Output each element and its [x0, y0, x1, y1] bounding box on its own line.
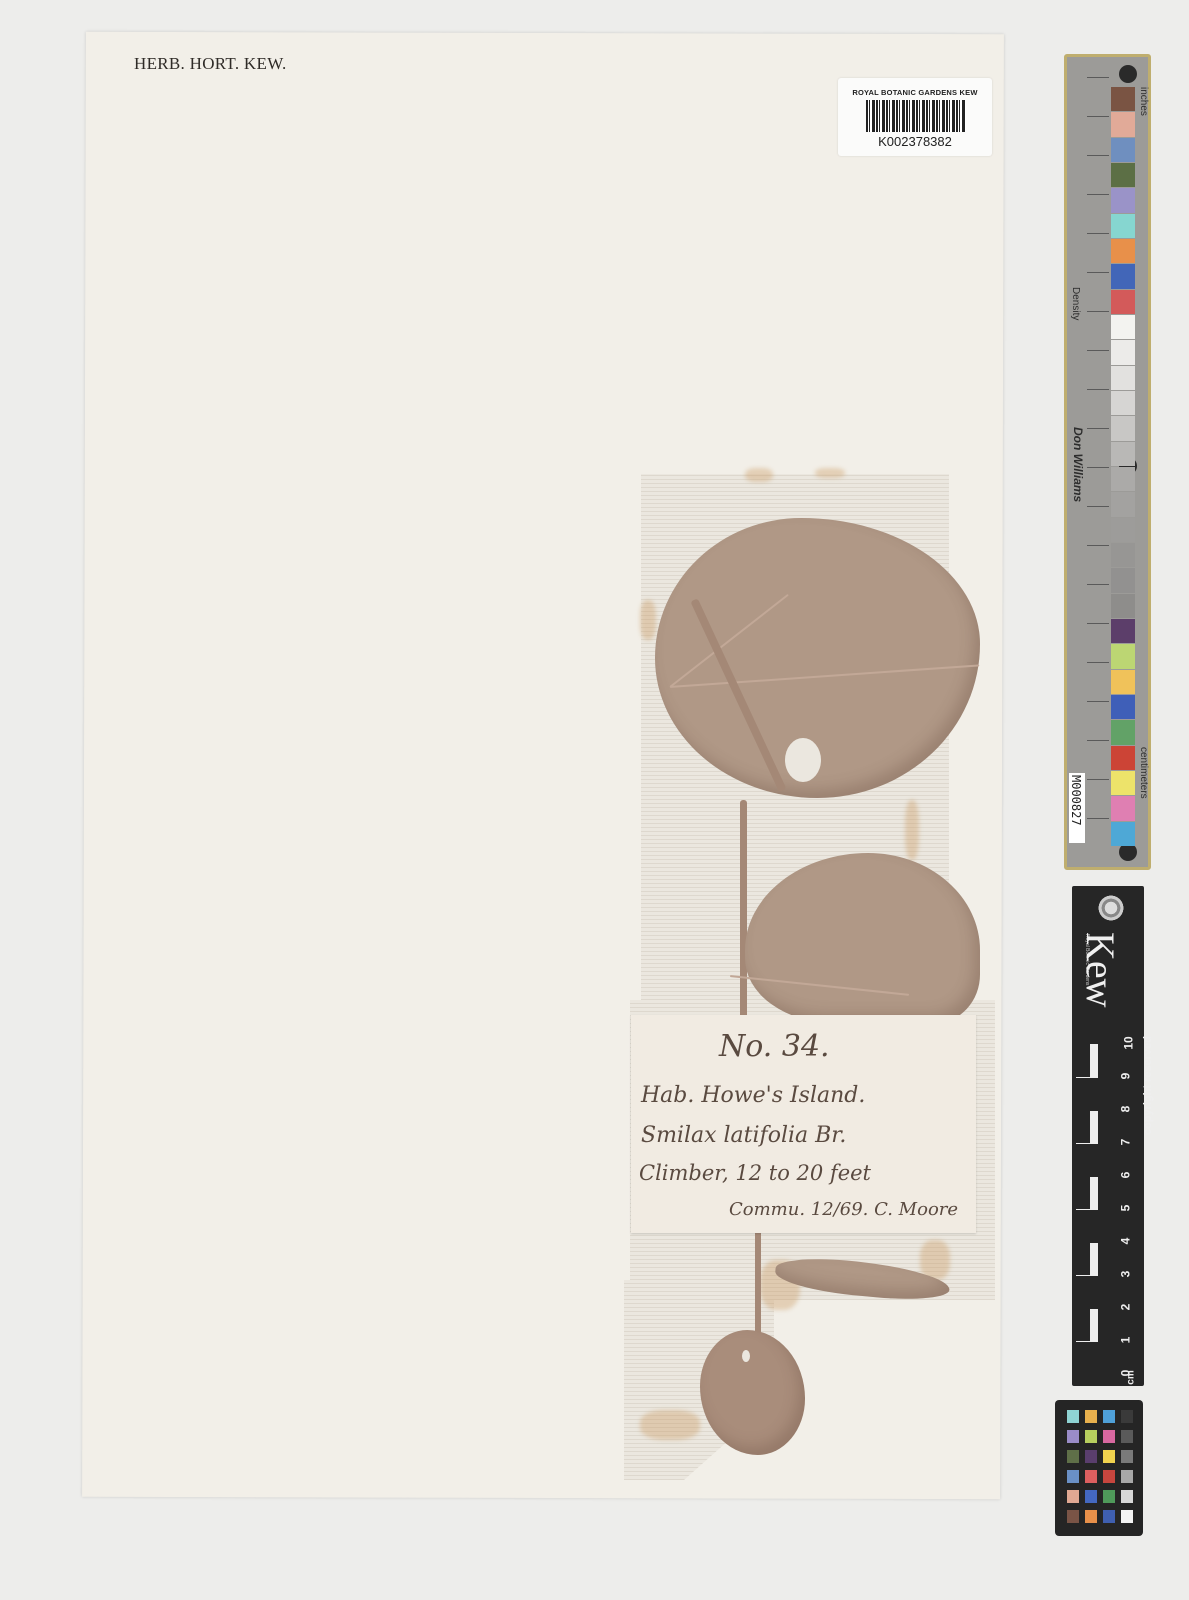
- color-patch: [1111, 644, 1135, 668]
- color-patch: [1111, 771, 1135, 795]
- color-patch: [1111, 543, 1135, 567]
- stem: [755, 1230, 761, 1340]
- barcode-number: K002378382: [838, 134, 992, 149]
- ruler-segment: [1076, 1143, 1098, 1177]
- density-grid: [1087, 77, 1109, 857]
- ruler-segment: [1090, 1110, 1098, 1144]
- color-patch: [1111, 214, 1135, 238]
- ruler-number: 5: [1118, 1205, 1132, 1212]
- color-patch: [1111, 619, 1135, 643]
- color-swatch: [1067, 1410, 1079, 1423]
- ruler-segment: [1076, 1275, 1098, 1309]
- ruler-number: 1: [1118, 1337, 1132, 1344]
- ruler-segment: [1090, 1242, 1098, 1276]
- color-swatch: [1067, 1430, 1079, 1443]
- label-number: No. 34.: [719, 1029, 830, 1064]
- color-patch: [1111, 315, 1135, 339]
- color-patch: [1111, 796, 1135, 820]
- color-swatch: [1121, 1510, 1133, 1523]
- color-swatch: [1067, 1510, 1079, 1523]
- color-patch: [1111, 467, 1135, 491]
- color-patch: [1111, 568, 1135, 592]
- color-patch: [1111, 290, 1135, 314]
- color-swatch: [1103, 1430, 1115, 1443]
- color-patch: [1111, 340, 1135, 364]
- color-swatch: [1103, 1410, 1115, 1423]
- color-swatch: [1085, 1450, 1097, 1463]
- ruler-number: 2: [1118, 1304, 1132, 1311]
- color-checker-card: [1055, 1400, 1143, 1536]
- kew-logo: Kew: [1077, 932, 1124, 1008]
- stem: [740, 800, 747, 1020]
- ruler-segment: [1076, 1077, 1098, 1111]
- ruler-number: 7: [1118, 1139, 1132, 1146]
- color-swatch: [1121, 1430, 1133, 1443]
- barcode: [866, 100, 966, 132]
- ruler-number: 8: [1118, 1106, 1132, 1113]
- color-patch: [1111, 87, 1135, 111]
- color-swatch: [1103, 1450, 1115, 1463]
- color-swatch: [1067, 1490, 1079, 1503]
- stain: [815, 468, 845, 478]
- color-swatch: [1085, 1410, 1097, 1423]
- label-habitat: Hab. Howe's Island.: [641, 1083, 865, 1108]
- stain: [640, 1410, 700, 1440]
- kew-ruler: Royal Botanic Gardens Kew copyright rese…: [1072, 886, 1144, 1386]
- color-patch: [1111, 594, 1135, 618]
- color-swatch: [1121, 1470, 1133, 1483]
- color-swatch: [1103, 1510, 1115, 1523]
- collection-label: No. 34. Hab. Howe's Island. Smilax latif…: [631, 1015, 976, 1233]
- barcode-label: ROYAL BOTANIC GARDENS KEW K002378382: [838, 78, 992, 156]
- color-patch: [1111, 391, 1135, 415]
- copyright-text: copyright reserved: [1142, 1036, 1154, 1135]
- ruler-segment: [1090, 1044, 1098, 1078]
- ruler-segment: [1090, 1308, 1098, 1342]
- color-patch: [1111, 695, 1135, 719]
- color-swatch: [1103, 1470, 1115, 1483]
- herbarium-header: HERB. HORT. KEW.: [134, 54, 287, 74]
- color-patch: [1111, 670, 1135, 694]
- centimeters-label: centimeters: [1138, 747, 1149, 799]
- scale-hole-top: [1119, 65, 1137, 83]
- label-collector: Commu. 12/69. C. Moore: [729, 1199, 958, 1220]
- color-patch: [1111, 138, 1135, 162]
- color-patch: [1111, 239, 1135, 263]
- color-patch: [1111, 366, 1135, 390]
- scale-brand: Don Williams: [1071, 427, 1085, 502]
- color-swatch: [1085, 1510, 1097, 1523]
- color-swatch: [1121, 1410, 1133, 1423]
- ruler-number: 3: [1118, 1271, 1132, 1278]
- kew-crest-icon: [1096, 894, 1126, 922]
- stain: [640, 600, 656, 640]
- color-swatch: [1121, 1490, 1133, 1503]
- color-swatch: [1085, 1470, 1097, 1483]
- density-label: Density: [1070, 287, 1081, 320]
- color-patch: [1111, 416, 1135, 440]
- color-patch: [1111, 163, 1135, 187]
- color-patch: [1111, 720, 1135, 744]
- color-patch: [1111, 112, 1135, 136]
- barcode-institution: ROYAL BOTANIC GARDENS KEW: [838, 88, 992, 97]
- ruler-number: 6: [1118, 1172, 1132, 1179]
- inches-label: inches: [1138, 87, 1149, 116]
- leaf-hole: [742, 1350, 750, 1362]
- scale-id: M000827: [1069, 773, 1085, 843]
- color-patch: [1111, 492, 1135, 516]
- ruler-number: 9: [1118, 1073, 1132, 1080]
- ruler-number: 10: [1122, 1036, 1136, 1049]
- color-swatch: [1067, 1470, 1079, 1483]
- color-swatch: [1085, 1490, 1097, 1503]
- label-habit: Climber, 12 to 20 feet: [639, 1161, 871, 1185]
- label-taxon: Smilax latifolia Br.: [641, 1123, 846, 1148]
- ruler-unit: cm: [1126, 1370, 1137, 1384]
- ruler-segment: [1076, 1341, 1098, 1375]
- ruler-number: 4: [1118, 1238, 1132, 1245]
- color-density-scale: inches Density Don Williams centimeters …: [1064, 54, 1151, 870]
- color-swatch: [1085, 1430, 1097, 1443]
- stain: [745, 468, 773, 482]
- ruler-segment: [1076, 1209, 1098, 1243]
- color-patch: [1111, 746, 1135, 770]
- stain: [905, 800, 919, 860]
- ruler-segment: [1090, 1176, 1098, 1210]
- color-swatch: [1103, 1490, 1115, 1503]
- color-patch: [1111, 188, 1135, 212]
- color-patch: [1111, 264, 1135, 288]
- color-patch: [1111, 822, 1135, 846]
- color-swatch: [1067, 1450, 1079, 1463]
- color-patch: [1111, 518, 1135, 542]
- color-patch: [1111, 442, 1135, 466]
- leaf-hole: [785, 738, 821, 782]
- color-swatch: [1121, 1450, 1133, 1463]
